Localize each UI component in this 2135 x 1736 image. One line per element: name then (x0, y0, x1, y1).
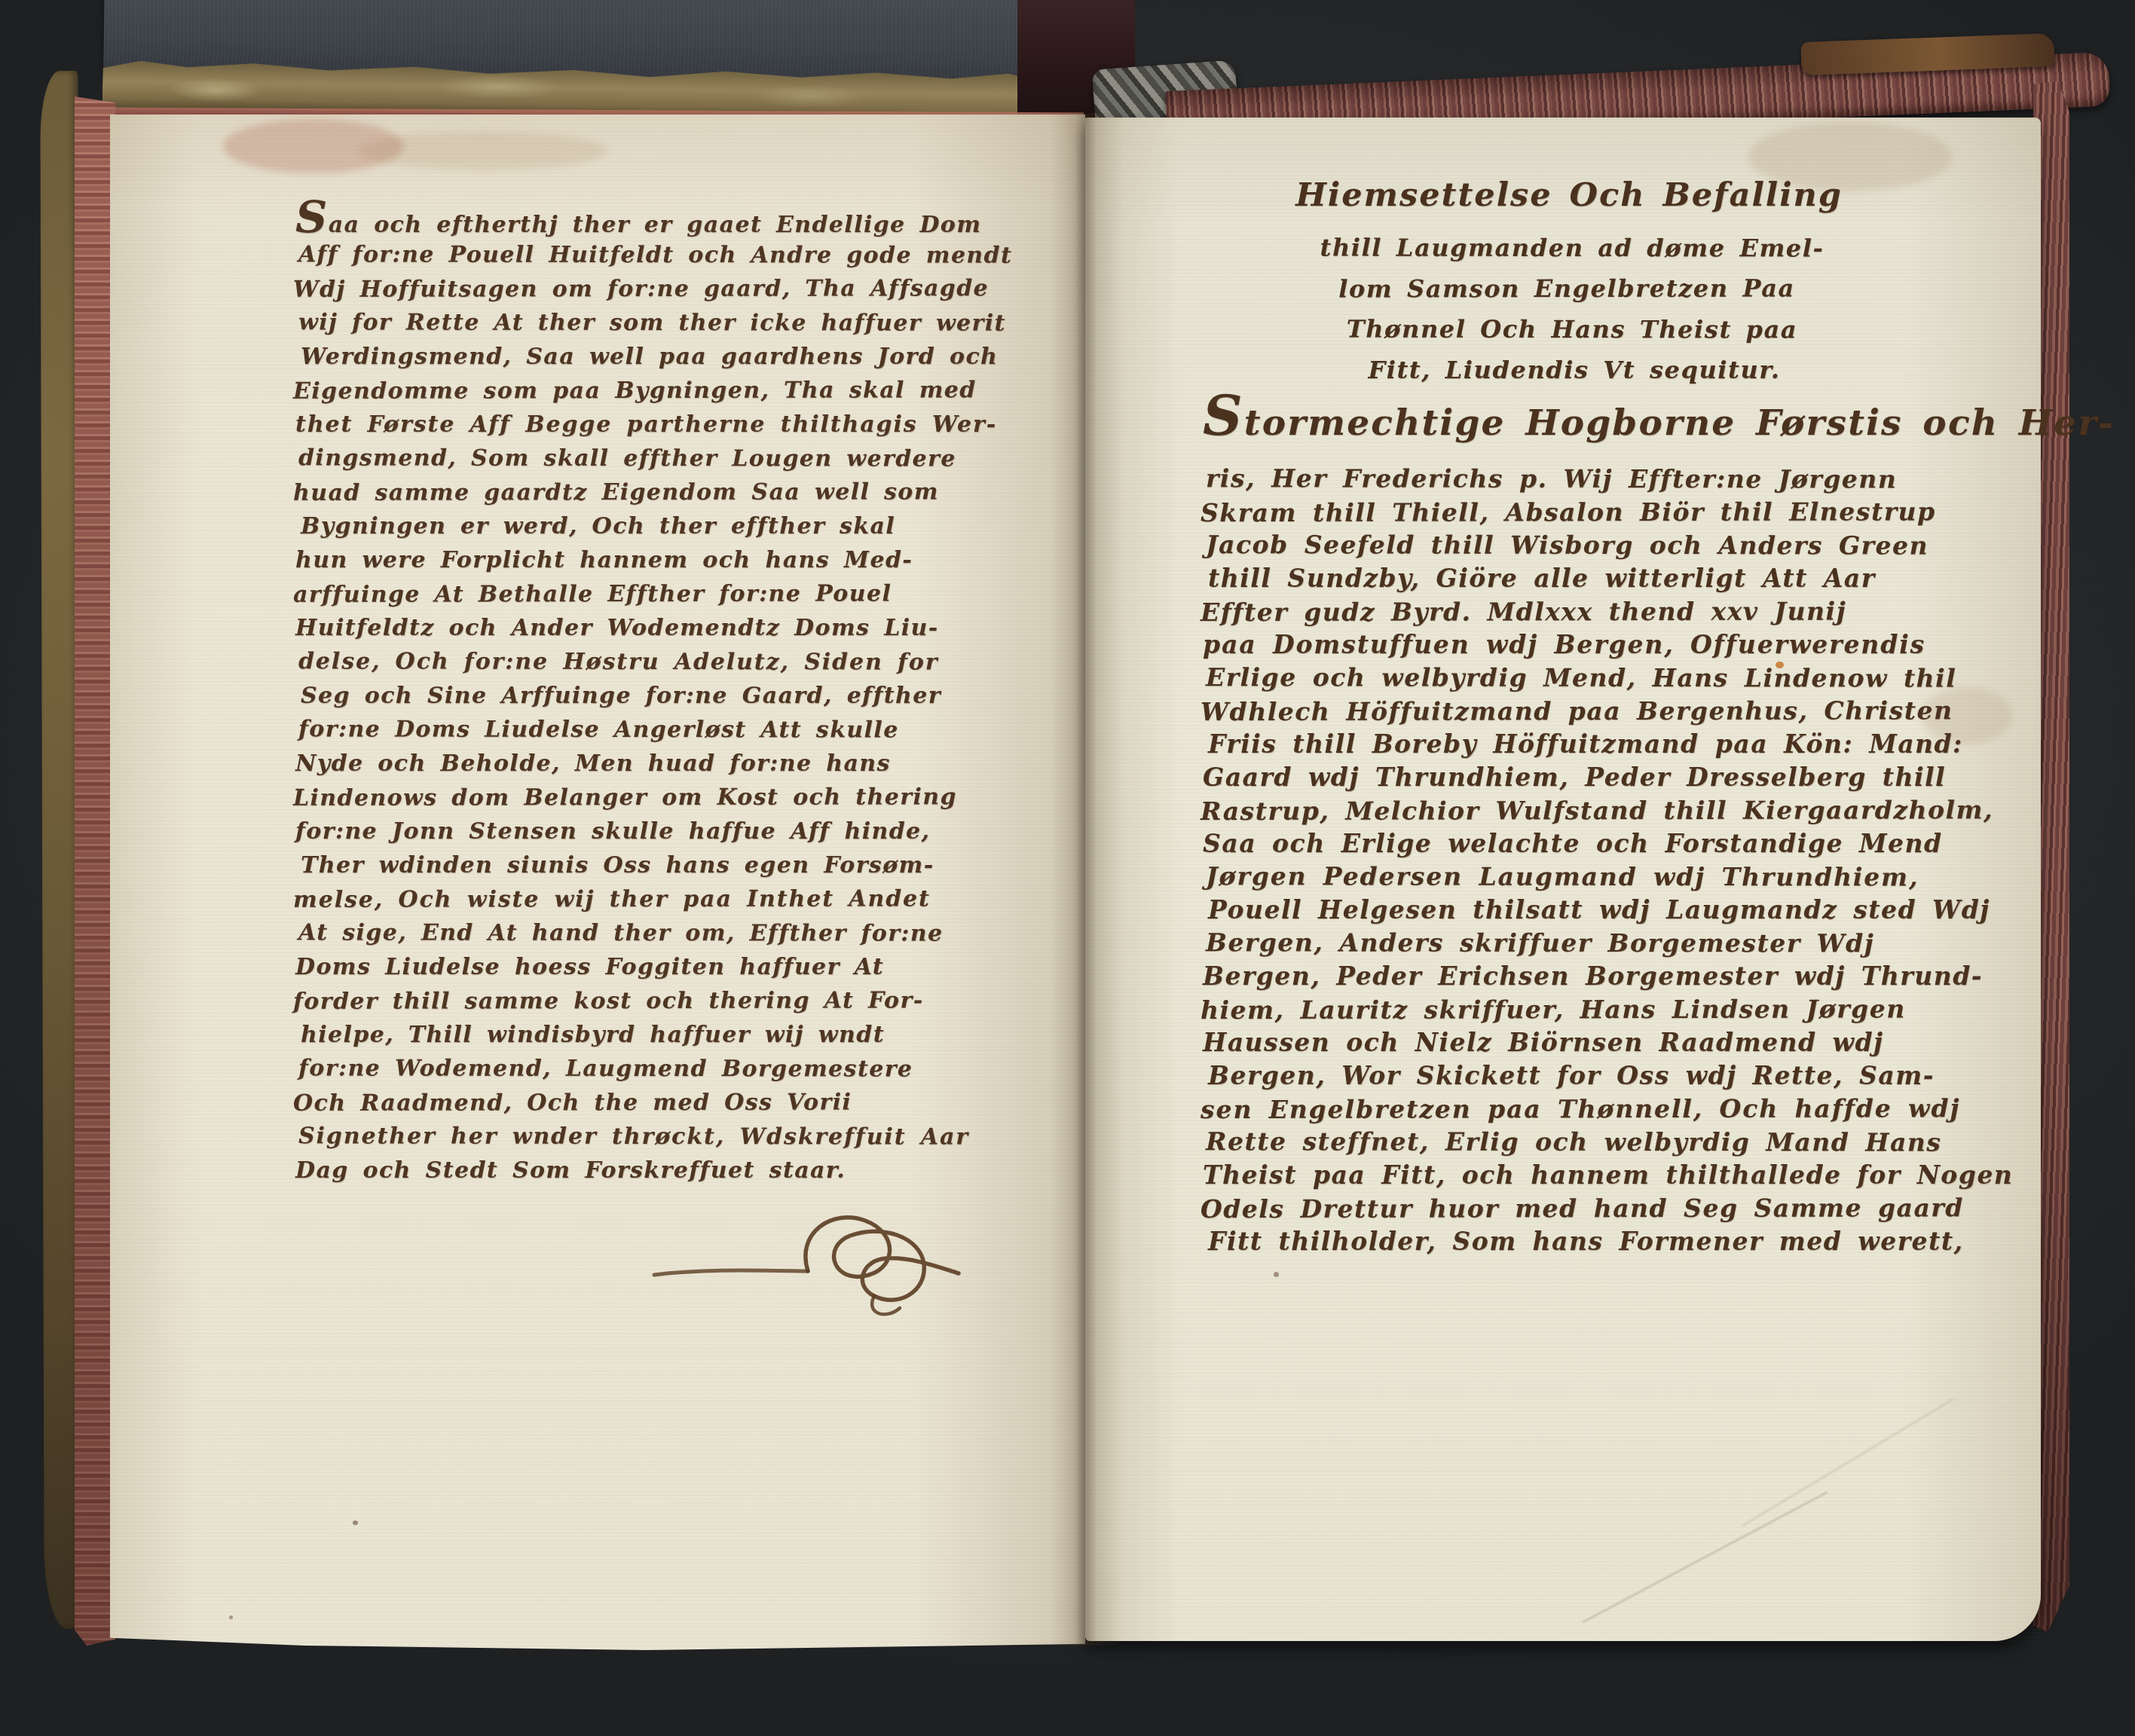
manuscript-line: Och Raadmend, Och the med Oss Vorii (293, 1086, 1007, 1121)
paper-crease (1742, 1398, 1953, 1527)
manuscript-line: thill Laugmanden ad døme Emel- (1233, 228, 1911, 270)
archive-photo-background: Saa och eftherthj ther er gaaet Endellig… (0, 0, 2135, 1736)
manuscript-line: Doms Liudelse hoess Foggiten haffuer At (295, 951, 1009, 985)
manuscript-line: delse, Och for:ne Høstru Adelutz, Siden … (298, 645, 1012, 680)
manuscript-line: wij for Rette At ther som ther icke haff… (298, 306, 1012, 341)
ink-speck (1274, 1272, 1279, 1277)
manuscript-line: Seg och Sine Arffuinge for:ne Gaard, eff… (301, 680, 1014, 714)
paper-stain (223, 119, 404, 173)
manuscript-line: Friis thill Boreby Höffuitzmand paa Kön:… (1208, 728, 2120, 761)
paper-stain (359, 131, 607, 170)
manuscript-line: Rette steffnet, Erlig och welbyrdig Mand… (1206, 1125, 2118, 1160)
ink-speck (229, 1615, 233, 1619)
manuscript-line: Effter gudz Byrd. Mdlxxx thend xxv Junij (1201, 594, 2112, 629)
manuscript-line: Jørgen Pedersen Laugmand wdj Thrundhiem, (1206, 860, 2118, 894)
manuscript-line: At sige, End At hand ther om, Effther fo… (298, 916, 1012, 951)
manuscript-line: dingsmend, Som skall effther Lougen werd… (298, 442, 1012, 476)
manuscript-line: Jacob Seefeld thill Wisborg och Anders G… (1206, 528, 2118, 563)
manuscript-line: Hiemsettelse Och Befalling (1230, 167, 1908, 229)
manuscript-line: hielpe, Thill windisbyrd haffuer wij wnd… (301, 1019, 1014, 1053)
manuscript-line: Aff for:ne Pouell Huitfeldt och Andre go… (298, 238, 1012, 273)
manuscript-line: Thønnel Och Hans Theist paa (1233, 310, 1911, 351)
manuscript-line: huad samme gaardtz Eigendom Saa well som (293, 475, 1007, 511)
manuscript-line: Wdj Hoffuitsagen om for:ne gaard, Tha Af… (293, 272, 1007, 307)
manuscript-line: paa Domstuffuen wdj Bergen, Offuerwerend… (1203, 628, 2115, 662)
manuscript-line: Fitt, Liudendis Vt sequitur. (1235, 351, 1913, 392)
manuscript-line: melse, Och wiste wij ther paa Inthet And… (293, 882, 1007, 918)
manuscript-line: for:ne Doms Liudelse Angerløst Att skull… (298, 713, 1012, 747)
manuscript-line: Theist paa Fitt, och hannem thilthallede… (1203, 1159, 2115, 1192)
manuscript-line: Gaard wdj Thrundhiem, Peder Dresselberg … (1203, 761, 2115, 794)
right-page-text: Stormechtige Hogborne Førstis och Her-ri… (1203, 390, 2115, 1258)
manuscript-line: Werdingsmend, Saa well paa gaardhens Jor… (301, 341, 1014, 374)
manuscript-line: Lindenows dom Belanger om Kost och theri… (293, 781, 1007, 816)
right-page-heading: Hiemsettelse Och Befallingthill Laugmand… (1230, 167, 1908, 392)
paper-crease (1583, 1491, 1828, 1623)
manuscript-line: Ther wdinden siunis Oss hans egen Forsøm… (301, 849, 1014, 883)
manuscript-line: Fitt thilholder, Som hans Formener med w… (1208, 1225, 2120, 1258)
manuscript-line: Nyde och Beholde, Men huad for:ne hans (295, 747, 1009, 781)
manuscript-line: Saa och Erlige welachte och Forstandige … (1203, 827, 2115, 860)
manuscript-line: hiem, Lauritz skriffuer, Hans Lindsen Jø… (1201, 992, 2112, 1027)
manuscript-line: Signether her wnder thrøckt, Wdskreffuit… (298, 1120, 1012, 1154)
manuscript-line: Rastrup, Melchior Wulfstand thill Kierga… (1201, 793, 2112, 828)
manuscript-line: forder thill samme kost och thering At F… (293, 984, 1007, 1019)
manuscript-line: Skram thill Thiell, Absalon Biör thil El… (1201, 495, 2112, 530)
manuscript-line: Haussen och Nielz Biörnsen Raadmend wdj (1203, 1026, 2115, 1059)
manuscript-line: Eigendomme som paa Bygningen, Tha skal m… (293, 374, 1007, 409)
manuscript-line: thet Første Aff Begge partherne thilthag… (295, 408, 1009, 442)
manuscript-line: thill Sundzby, Giöre alle witterligt Att… (1208, 562, 2120, 595)
manuscript-line: Stormechtige Hogborne Førstis och Her- (1203, 390, 2115, 463)
manuscript-line: Odels Drettur huor med hand Seg Samme ga… (1201, 1191, 2112, 1226)
manuscript-line: Bergen, Wor Skickett for Oss wdj Rette, … (1208, 1059, 2120, 1093)
manuscript-line: Wdhlech Höffuitzmand paa Bergenhus, Chri… (1201, 694, 2112, 729)
manuscript-line: for:ne Wodemend, Laugmend Borgemestere (298, 1052, 1012, 1087)
manuscript-line: for:ne Jonn Stensen skulle haffue Aff hi… (295, 815, 1009, 849)
ink-speck (353, 1521, 358, 1525)
manuscript-line: Dag och Stedt Som Forskreffuet staar. (295, 1154, 1009, 1188)
manuscript-line: arffuinge At Bethalle Effther for:ne Pou… (293, 577, 1007, 613)
manuscript-line: Bygningen er werd, Och ther effther skal (301, 510, 1014, 544)
manuscript-line: lom Samson Engelbretzen Paa (1228, 269, 1906, 311)
manuscript-line: Bergen, Anders skriffuer Borgemester Wdj (1206, 926, 2118, 961)
manuscript-line: Huitfeldtz och Ander Wodemendtz Doms Liu… (295, 612, 1009, 646)
page-edge-stack-left (75, 96, 115, 1646)
manuscript-line: sen Engelbretzen paa Thønnell, Och haffd… (1201, 1092, 2112, 1126)
manuscript-line: Bergen, Peder Erichsen Borgemester wdj T… (1203, 960, 2115, 993)
left-page-text: Saa och eftherthj ther er gaaet Endellig… (295, 205, 1009, 1188)
manuscript-line: ris, Her Frederichs p. Wij Effter:ne Jør… (1206, 462, 2118, 497)
manuscript-line: hun were Forplicht hannem och hans Med- (295, 544, 1009, 578)
manuscript-line: Saa och eftherthj ther er gaaet Endellig… (295, 205, 1009, 239)
manuscript-line: Erlige och welbyrdig Mend, Hans Lindenow… (1206, 661, 2118, 695)
manuscript-line: Pouell Helgesen thilsatt wdj Laugmandz s… (1208, 894, 2120, 927)
